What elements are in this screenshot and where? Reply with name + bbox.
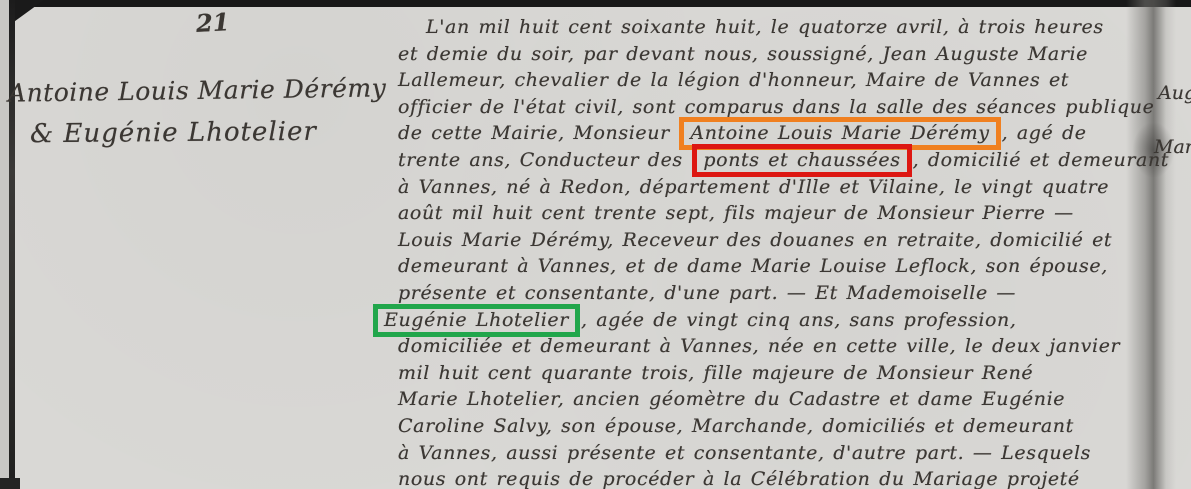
act-text-line: présente et consentante, d'une part. — E…	[398, 280, 1138, 307]
act-text-line: Caroline Salvy, son épouse, Marchande, d…	[398, 413, 1138, 440]
scanned-register-page: 21 Antoine Louis Marie Dérémy & Eugénie …	[0, 0, 1191, 489]
highlight-box-bride-name: Eugénie Lhotelier	[373, 304, 580, 337]
scan-corner-bottom-left	[0, 478, 20, 489]
scan-edge-top	[0, 0, 1191, 7]
page-border-line	[9, 0, 15, 489]
act-text-line: Eugénie Lhotelier, agée de vingt cinq an…	[372, 307, 1138, 334]
act-text-line: Lallemeur, chevalier de la légion d'honn…	[398, 67, 1138, 94]
act-number: 21	[195, 7, 230, 38]
act-text-line: demeurant à Vannes, et de dame Marie Lou…	[398, 253, 1138, 280]
margin-groom-name: Antoine Louis Marie Dérémy	[8, 73, 387, 107]
act-text-line: à Vannes, né à Redon, département d'Ille…	[398, 174, 1138, 201]
act-text-line: mil huit cent quarante trois, fille maje…	[398, 360, 1138, 387]
act-text-line: août mil huit cent trente sept, fils maj…	[398, 200, 1138, 227]
act-text-block: L'an mil huit cent soixante huit, le qua…	[398, 14, 1138, 489]
act-text-line: Louis Marie Dérémy, Receveur des douanes…	[398, 227, 1138, 254]
act-text-line: nous ont requis de procéder à la Célébra…	[398, 466, 1138, 489]
act-text-line: à Vannes, aussi présente et consentante,…	[398, 440, 1138, 467]
scan-edge-left	[0, 0, 9, 489]
act-text-line: et demie du soir, par devant nous, souss…	[398, 41, 1138, 68]
facing-page-fragment: Aug	[1158, 82, 1191, 104]
act-text-line: L'an mil huit cent soixante huit, le qua…	[398, 14, 1138, 41]
highlight-box-profession: ponts et chaussées	[692, 144, 911, 177]
margin-bride-name: & Eugénie Lhotelier	[30, 117, 317, 150]
act-text-line: de cette Mairie, Monsieur Antoine Louis …	[398, 120, 1138, 147]
facing-page-fragment: Mar	[1154, 136, 1191, 158]
act-text-line: trente ans, Conducteur des ponts et chau…	[398, 147, 1138, 174]
act-text-line: domiciliée et demeurant à Vannes, née en…	[398, 333, 1138, 360]
act-text-line: Marie Lhotelier, ancien géomètre du Cada…	[398, 386, 1138, 413]
act-text-line: officier de l'état civil, sont comparus …	[398, 94, 1138, 121]
